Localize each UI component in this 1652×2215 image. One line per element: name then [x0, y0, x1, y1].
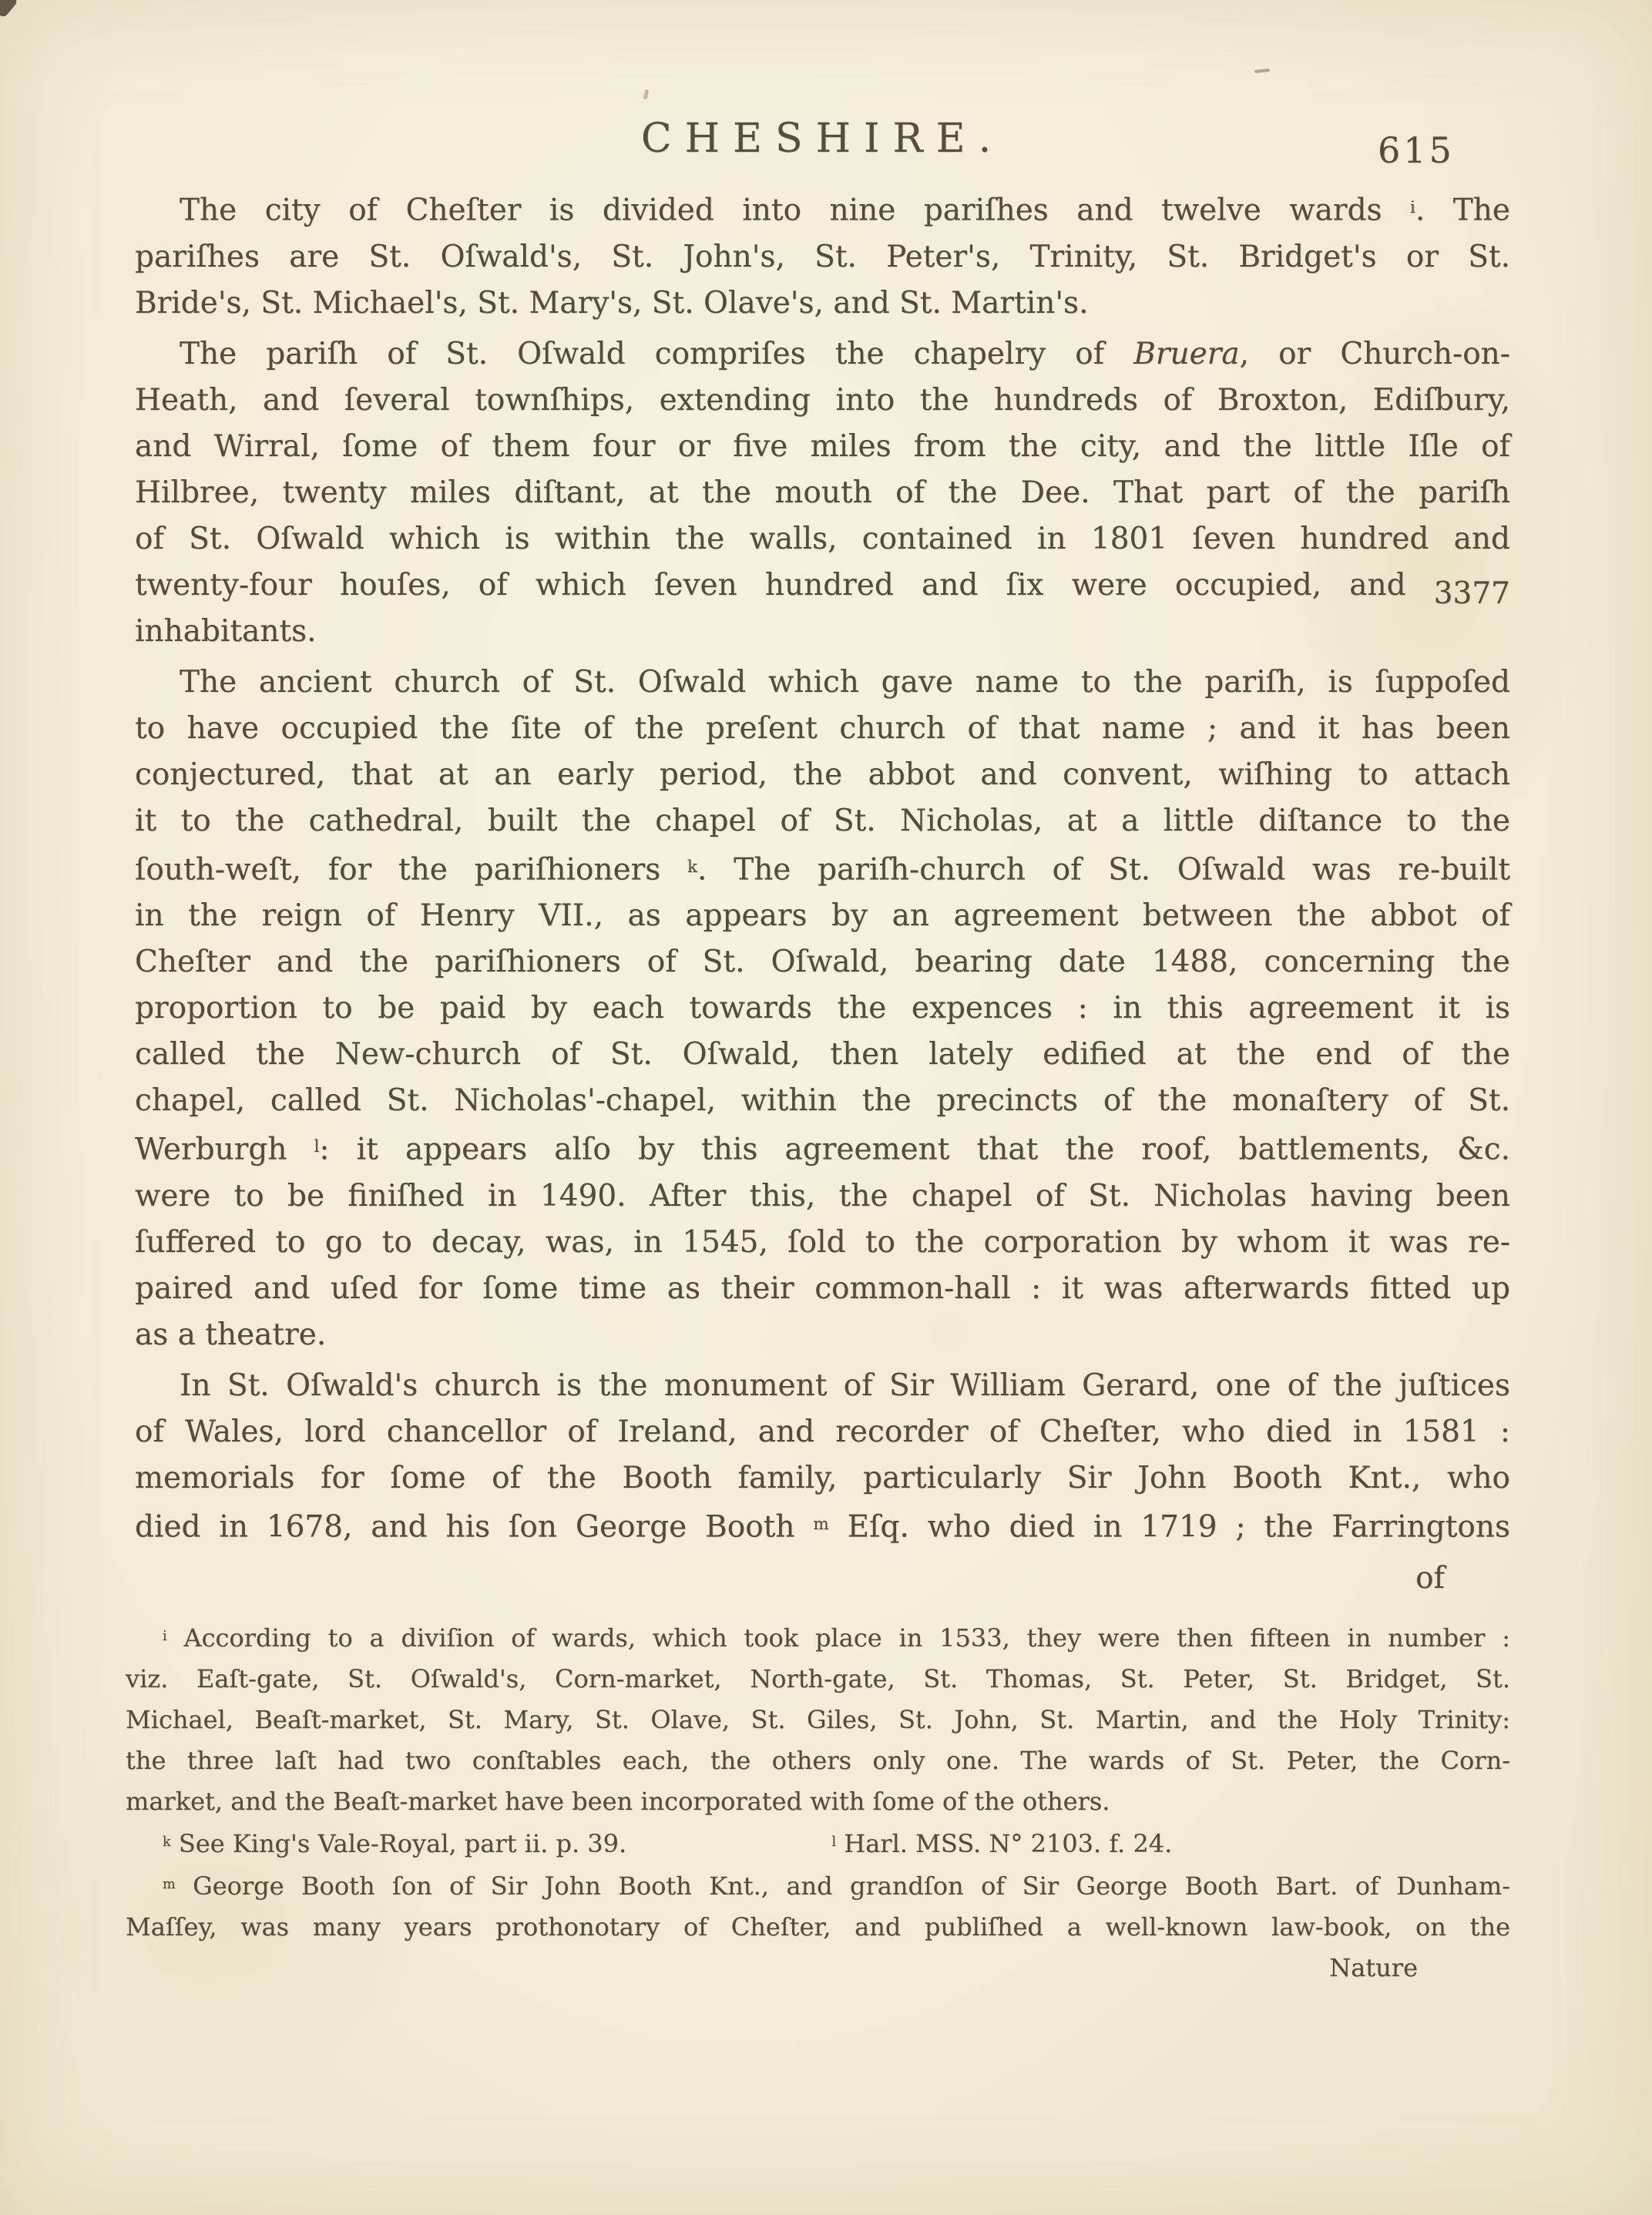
footnote-line: Maſſey, was many years prothonotary of C…	[126, 1907, 1510, 1948]
scan-speck	[643, 89, 650, 100]
footnote-line: m George Booth ſon of Sir John Booth Knt…	[126, 1864, 1510, 1907]
text-line: conjectured, that at an early period, th…	[135, 752, 1510, 798]
page-number: 615	[1378, 129, 1455, 171]
text-line: The ancient church of St. Oſwald which g…	[135, 659, 1510, 706]
text-line: Hilbree, twenty miles diſtant, at the mo…	[135, 470, 1510, 516]
footnote-ref-k: k See King's Vale-Royal, part ii. p. 39.	[126, 1822, 831, 1864]
text-segment: called the New-church of St. Oſwald, the…	[135, 1037, 1510, 1072]
text-line: inhabitants.	[135, 609, 1510, 655]
text-segment: Eſq. who died in 1719 ; the Farringtons	[829, 1510, 1510, 1545]
footnotes: i According to a diviſion of wards, whic…	[126, 1616, 1510, 1988]
catchword-body: of	[135, 1556, 1510, 1602]
text-segment: proportion to be paid by each towards th…	[135, 991, 1510, 1025]
text-segment: ſouth-weſt, for the pariſhioners	[135, 852, 687, 887]
text-segment-italic: Bruera	[1133, 337, 1239, 371]
text-segment-sup: k	[687, 857, 697, 877]
text-line: died in 1678, and his ſon George Booth m…	[135, 1502, 1510, 1551]
text-line: memorials for ſome of the Booth family, …	[135, 1455, 1510, 1502]
text-segment: twenty-four houſes, of which ſeven hundr…	[135, 568, 1434, 602]
text-segment: were to be finiſhed in 1490. After this,…	[135, 1179, 1510, 1213]
footnote-line: the three laſt had two conſtables each, …	[126, 1740, 1510, 1781]
text-segment: George Booth ſon of Sir John Booth Knt.,…	[176, 1871, 1510, 1901]
text-line: pariſhes are St. Oſwald's, St. John's, S…	[135, 234, 1510, 280]
text-segment-sup: m	[163, 1877, 176, 1892]
text-segment: Michael, Beaſt-market, St. Mary, St. Ola…	[126, 1705, 1510, 1734]
text-segment: , or Church-on-	[1240, 337, 1510, 371]
text-segment-sup: k	[163, 1834, 171, 1850]
text-line: to have occupied the ſite of the preſent…	[135, 706, 1510, 752]
text-line: Heath, and ſeveral townſhips, extending …	[135, 378, 1510, 424]
footnote-ref-line: k See King's Vale-Royal, part ii. p. 39.…	[126, 1822, 1510, 1864]
text-segment: ſuffered to go to decay, was, in 1545, ſ…	[135, 1225, 1510, 1260]
text-segment: . The	[1415, 193, 1510, 228]
text-segment: conjectured, that at an early period, th…	[135, 757, 1510, 792]
text-line: proportion to be paid by each towards th…	[135, 985, 1510, 1032]
text-line: The city of Cheſter is divided into nine…	[135, 185, 1510, 234]
text-segment: market, and the Beaſt-market have been i…	[126, 1787, 1110, 1816]
text-line: called the New-church of St. Oſwald, the…	[135, 1032, 1510, 1078]
text-segment-sup: m	[813, 1515, 828, 1534]
text-segment: of Wales, lord chancellor of Ireland, an…	[135, 1415, 1510, 1449]
text-segment: The pariſh of St. Oſwald compriſes the c…	[180, 337, 1133, 371]
body-paragraph-2: The pariſh of St. Oſwald compriſes the c…	[135, 331, 1510, 655]
text-segment: Harl. MSS. N° 2103. f. 24.	[836, 1829, 1172, 1858]
text-line: ſouth-weſt, for the pariſhioners k. The …	[135, 844, 1510, 894]
text-line: of Wales, lord chancellor of Ireland, an…	[135, 1409, 1510, 1455]
body-text: The city of Cheſter is divided into nine…	[135, 185, 1510, 1602]
text-line: as a theatre.	[135, 1312, 1510, 1358]
page-title: CHESHIRE.	[641, 116, 1004, 162]
text-line: Cheſter and the pariſhioners of St. Oſwa…	[135, 939, 1510, 985]
text-segment: Heath, and ſeveral townſhips, extending …	[135, 383, 1510, 418]
text-line: chapel, called St. Nicholas'-chapel, wit…	[135, 1078, 1510, 1124]
text-segment: . The pariſh-church of St. Oſwald was re…	[697, 852, 1510, 887]
text-segment: died in 1678, and his ſon George Booth	[135, 1510, 813, 1545]
footnote-line: i According to a diviſion of wards, whic…	[126, 1616, 1510, 1659]
text-segment: Cheſter and the pariſhioners of St. Oſwa…	[135, 945, 1510, 979]
text-line: Bride's, St. Michael's, St. Mary's, St. …	[135, 280, 1510, 327]
footnote-line: Michael, Beaſt-market, St. Mary, St. Ola…	[126, 1700, 1510, 1740]
text-segment: inhabitants.	[135, 614, 317, 649]
text-line: twenty-four houſes, of which ſeven hundr…	[135, 562, 1510, 609]
text-segment: in the reign of Henry VII., as appears b…	[135, 898, 1510, 933]
text-segment: According to a diviſion of wards, which …	[167, 1623, 1510, 1653]
text-line: were to be finiſhed in 1490. After this,…	[135, 1173, 1510, 1220]
text-line: ſuffered to go to decay, was, in 1545, ſ…	[135, 1220, 1510, 1266]
scan-speck	[1254, 69, 1270, 73]
text-segment-drop: 3377	[1434, 576, 1510, 611]
text-segment: Werburgh	[135, 1133, 314, 1167]
footnote-line: market, and the Beaſt-market have been i…	[126, 1781, 1510, 1822]
text-segment: as a theatre.	[135, 1317, 326, 1352]
text-line: paired and uſed for ſome time as their c…	[135, 1266, 1510, 1312]
text-segment: Hilbree, twenty miles diſtant, at the mo…	[135, 475, 1510, 510]
text-segment: : it appears alſo by this agreement that…	[319, 1133, 1510, 1167]
text-line: Werburgh l: it appears alſo by this agre…	[135, 1124, 1510, 1173]
text-segment: memorials for ſome of the Booth family, …	[135, 1461, 1510, 1495]
footnote-line: viz. Eaſt-gate, St. Oſwald's, Corn-marke…	[126, 1659, 1510, 1700]
running-head: CHESHIRE.	[135, 116, 1510, 162]
text-segment: and Wirral, ſome of them four or five mi…	[135, 429, 1510, 464]
text-segment: In St. Oſwald's church is the monument o…	[180, 1368, 1510, 1403]
text-line: The pariſh of St. Oſwald compriſes the c…	[135, 331, 1510, 378]
text-segment: Bride's, St. Michael's, St. Mary's, St. …	[135, 286, 1088, 321]
body-paragraph-3: The ancient church of St. Oſwald which g…	[135, 659, 1510, 1358]
text-segment: pariſhes are St. Oſwald's, St. John's, S…	[135, 240, 1510, 274]
text-line: In St. Oſwald's church is the monument o…	[135, 1363, 1510, 1409]
book-page-scan: CHESHIRE. 615 The city of Cheſter is div…	[0, 0, 1652, 2215]
catchword-footnote: Nature	[126, 1948, 1510, 1988]
text-segment: The city of Cheſter is divided into nine…	[180, 193, 1410, 228]
text-segment: See King's Vale-Royal, part ii. p. 39.	[171, 1829, 627, 1858]
text-segment: Maſſey, was many years prothonotary of C…	[126, 1912, 1510, 1941]
body-paragraph-4: In St. Oſwald's church is the monument o…	[135, 1363, 1510, 1551]
scan-corner-mark	[0, 0, 18, 18]
text-line: in the reign of Henry VII., as appears b…	[135, 893, 1510, 939]
text-segment: The ancient church of St. Oſwald which g…	[180, 665, 1510, 700]
text-segment: the three laſt had two conſtables each, …	[126, 1746, 1510, 1775]
text-segment: of St. Oſwald which is within the walls,…	[135, 522, 1510, 556]
footnote-ref-l: l Harl. MSS. N° 2103. f. 24.	[831, 1822, 1510, 1864]
text-segment-sup: i	[1410, 198, 1415, 217]
text-segment: it to the cathedral, built the chapel of…	[135, 804, 1510, 838]
body-paragraph-1: The city of Cheſter is divided into nine…	[135, 185, 1510, 327]
text-line: and Wirral, ſome of them four or five mi…	[135, 424, 1510, 470]
text-segment: paired and uſed for ſome time as their c…	[135, 1271, 1510, 1306]
text-line: of St. Oſwald which is within the walls,…	[135, 516, 1510, 562]
text-segment: viz. Eaſt-gate, St. Oſwald's, Corn-marke…	[126, 1664, 1510, 1693]
text-segment: to have occupied the ſite of the preſent…	[135, 711, 1510, 746]
text-line: it to the cathedral, built the chapel of…	[135, 798, 1510, 844]
text-segment: chapel, called St. Nicholas'-chapel, wit…	[135, 1083, 1510, 1118]
